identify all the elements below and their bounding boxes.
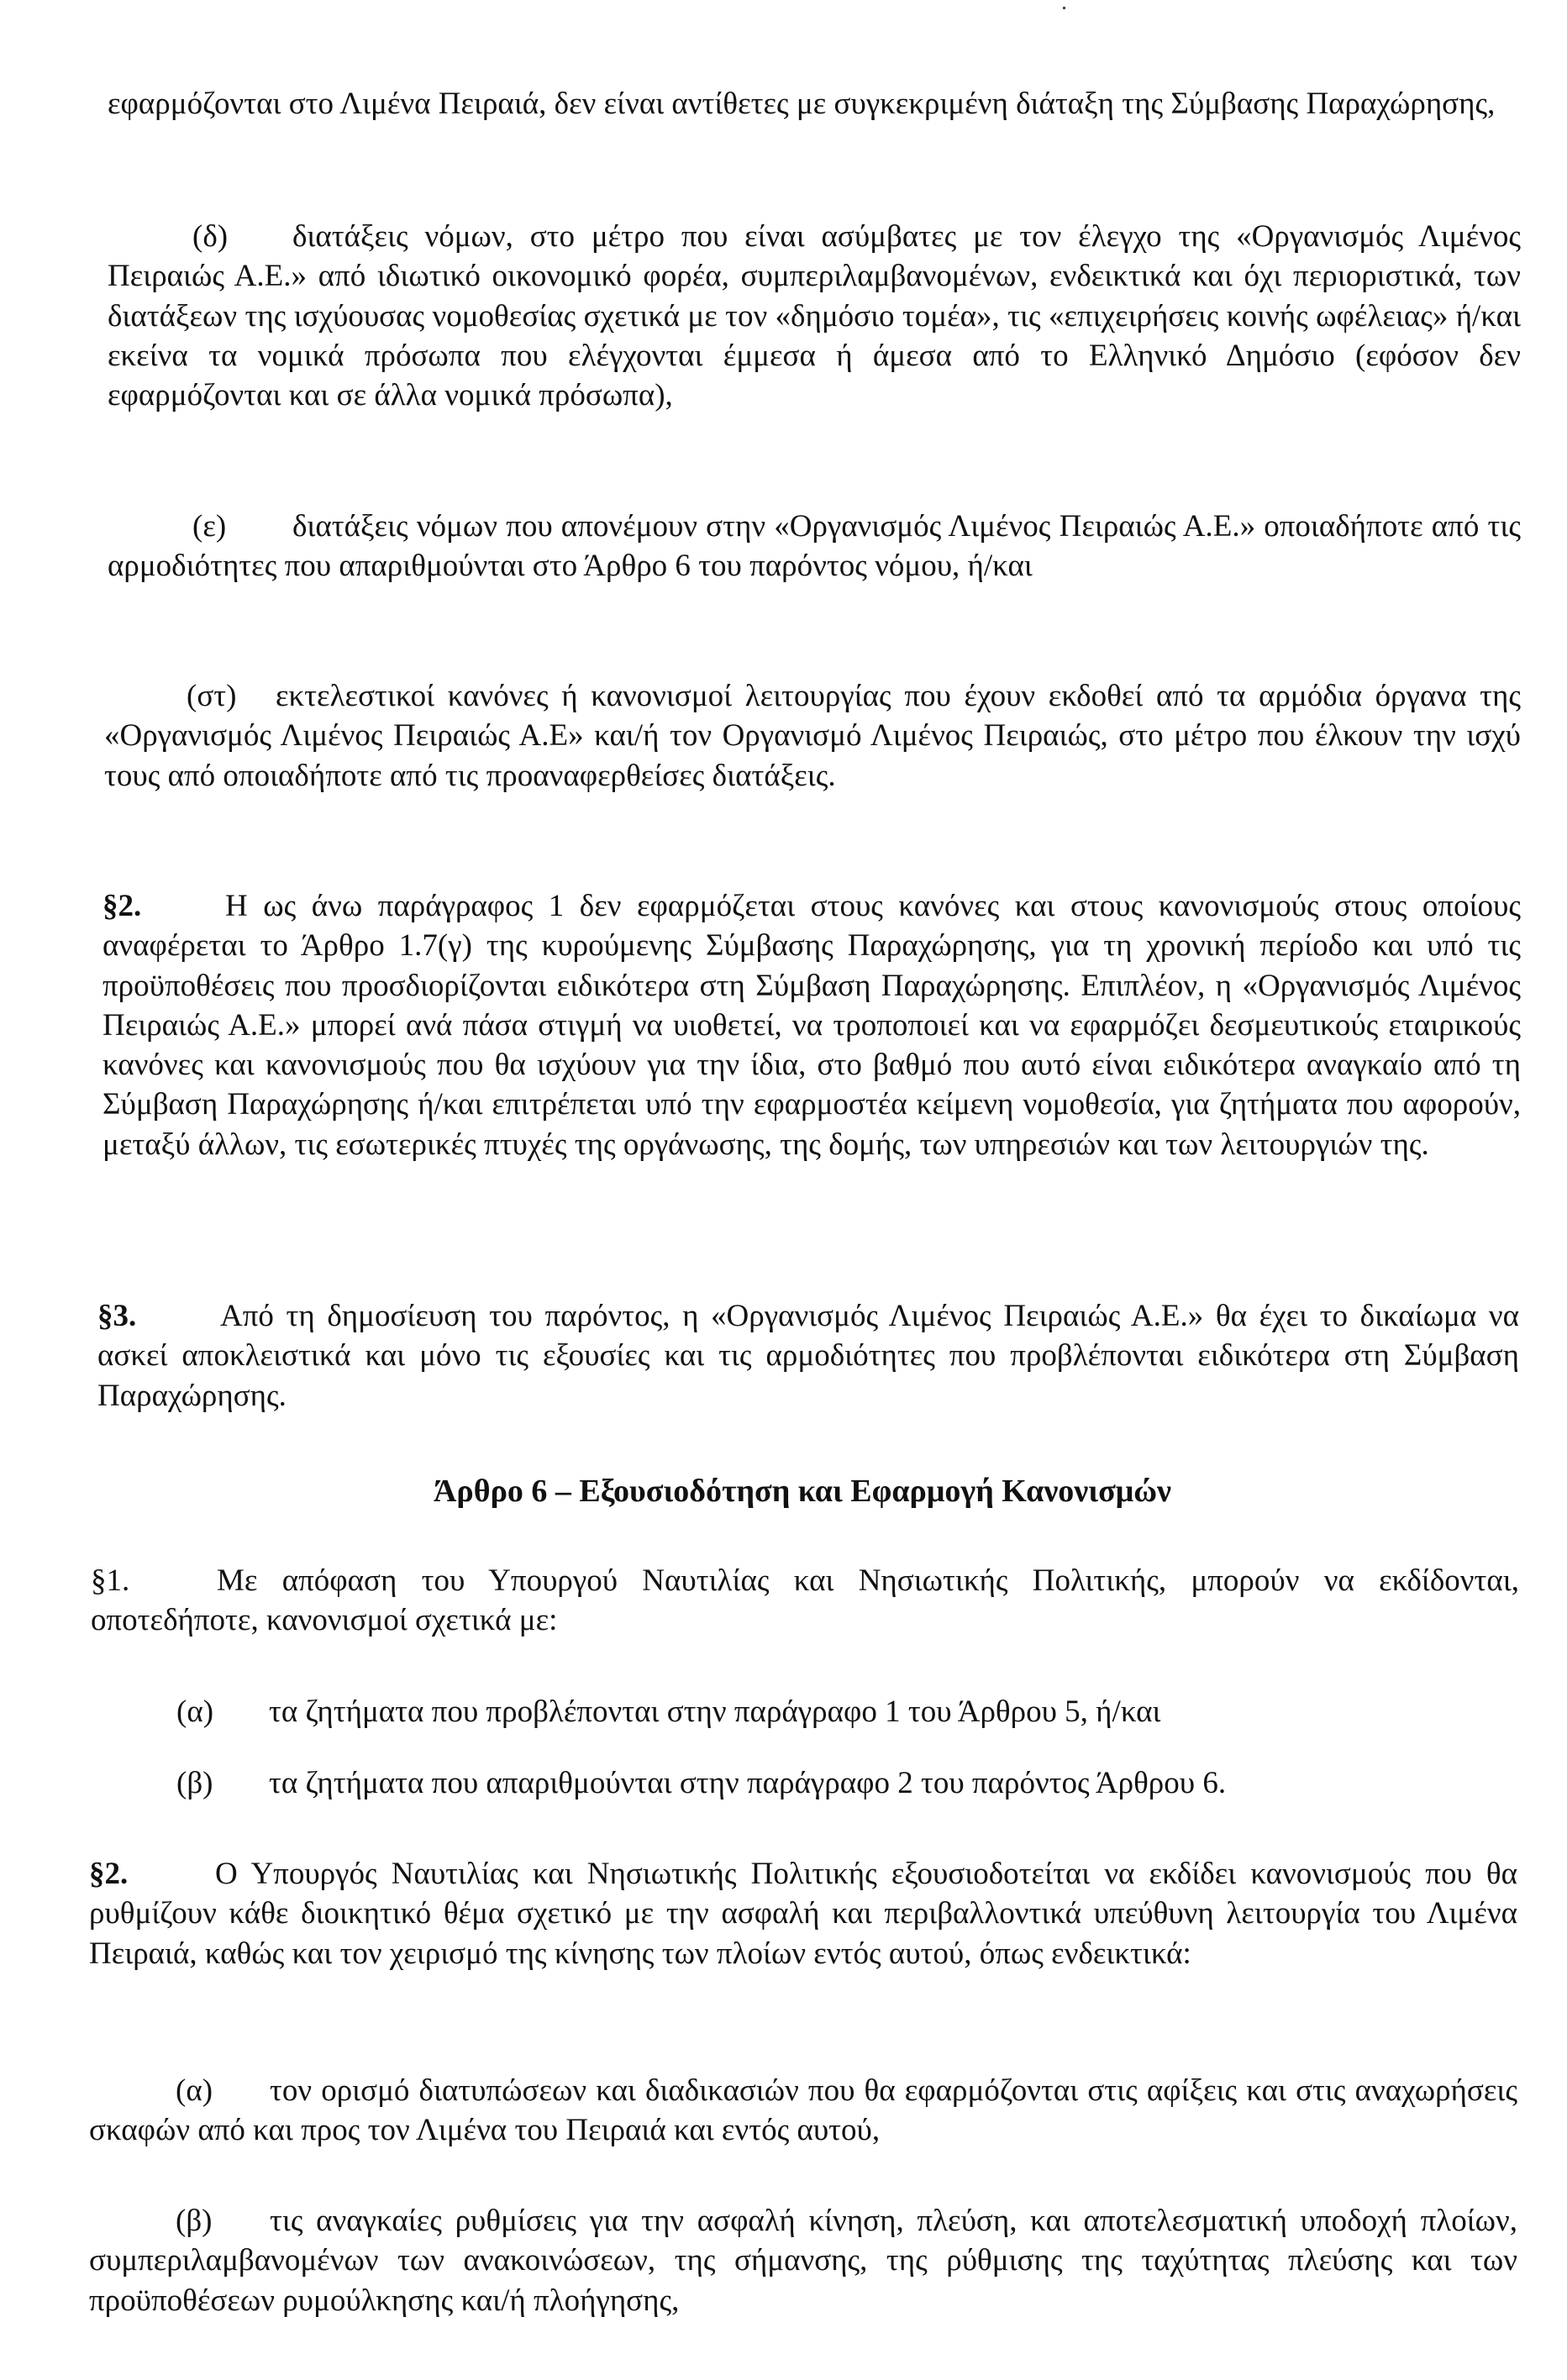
item-text: τα ζητήματα που προβλέπονται στην παράγρ…	[269, 1694, 1160, 1729]
item-label: (δ)	[192, 217, 292, 256]
article-6-section-2-item-a: (α)τον ορισμό διατυπώσεων και διαδικασιώ…	[89, 2071, 1517, 2151]
document-page: εφαρμόζονται στο Λιμένα Πειραιά, δεν είν…	[0, 0, 1567, 2380]
article-6-section-2-item-b: (β)τις αναγκαίες ρυθμίσεις για την ασφαλ…	[89, 2201, 1517, 2320]
article-6-item-a: (α)τα ζητήματα που προβλέπονται στην παρ…	[176, 1692, 1521, 1731]
section-label: §1.	[91, 1561, 217, 1600]
paragraph-continuation: εφαρμόζονται στο Λιμένα Πειραιά, δεν είν…	[108, 84, 1521, 123]
item-label: (β)	[176, 1763, 269, 1803]
article-heading: Άρθρο 6 – Εξουσιοδότηση και Εφαρμογή Καν…	[92, 1472, 1512, 1511]
section-text: Με απόφαση του Υπουργού Ναυτιλίας και Νη…	[91, 1563, 1519, 1637]
section-label: §2.	[103, 886, 225, 926]
item-label: (α)	[176, 1692, 269, 1731]
item-label: (στ)	[187, 676, 276, 716]
article-6-item-b: (β)τα ζητήματα που απαριθμούνται στην πα…	[176, 1763, 1521, 1803]
article-6-section-1: §1.Με απόφαση του Υπουργού Ναυτιλίας και…	[91, 1561, 1519, 1641]
section-3: §3.Από τη δημοσίευση του παρόντος, η «Ορ…	[97, 1296, 1519, 1416]
item-text: τον ορισμό διατυπώσεων και διαδικασιών π…	[89, 2073, 1517, 2147]
section-text: Ο Υπουργός Ναυτιλίας και Νησιωτικής Πολι…	[89, 1857, 1517, 1971]
section-label: §2.	[89, 1854, 215, 1894]
heading-text: Άρθρο 6 – Εξουσιοδότηση και Εφαρμογή Καν…	[434, 1474, 1171, 1509]
scan-speck	[1063, 7, 1065, 9]
item-label: (β)	[176, 2201, 270, 2241]
item-text: εκτελεστικοί κανόνες ή κανονισμοί λειτου…	[104, 679, 1521, 793]
item-text: τα ζητήματα που απαριθμούνται στην παράγ…	[269, 1766, 1226, 1800]
article-6-section-2: §2.Ο Υπουργός Ναυτιλίας και Νησιωτικής Π…	[89, 1854, 1517, 1973]
section-2: §2.Η ως άνω παράγραφος 1 δεν εφαρμόζεται…	[103, 886, 1521, 1164]
section-text: Από τη δημοσίευση του παρόντος, η «Οργαν…	[97, 1299, 1519, 1413]
item-text: διατάξεις νόμων που απονέμουν στην «Οργα…	[108, 509, 1521, 583]
item-text: διατάξεις νόμων, στο μέτρο που είναι ασύ…	[108, 219, 1521, 412]
section-text: Η ως άνω παράγραφος 1 δεν εφαρμόζεται στ…	[103, 889, 1521, 1162]
section-label: §3.	[97, 1296, 220, 1336]
item-label: (ε)	[192, 507, 292, 546]
list-item-st: (στ)εκτελεστικοί κανόνες ή κανονισμοί λε…	[104, 676, 1521, 796]
paragraph-text: εφαρμόζονται στο Λιμένα Πειραιά, δεν είν…	[108, 87, 1495, 121]
list-item-d: (δ)διατάξεις νόμων, στο μέτρο που είναι …	[108, 217, 1521, 415]
item-label: (α)	[176, 2071, 270, 2110]
item-text: τις αναγκαίες ρυθμίσεις για την ασφαλή κ…	[89, 2204, 1517, 2318]
list-item-e: (ε)διατάξεις νόμων που απονέμουν στην «Ο…	[108, 507, 1521, 586]
